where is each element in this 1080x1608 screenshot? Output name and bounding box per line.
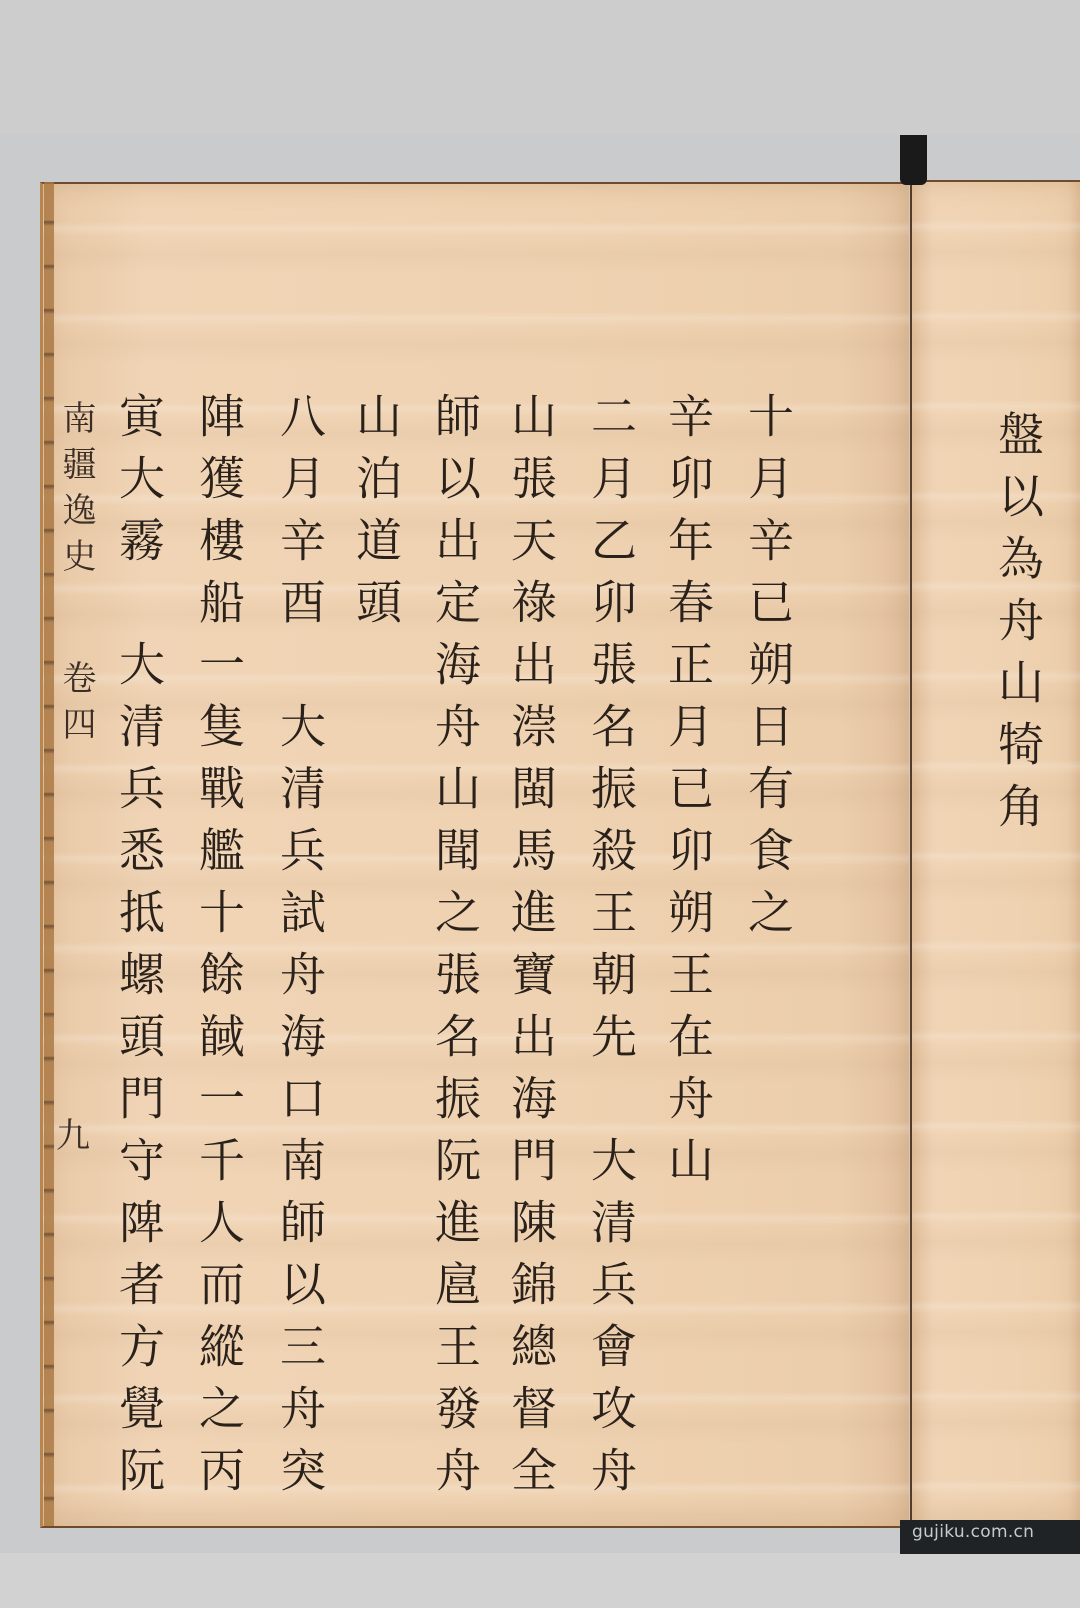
text-column-4: 山張天祿出漴閩馬進寶出海門陳錦總督全 <box>508 392 554 1508</box>
margin-volume-label: 卷四 <box>52 660 101 752</box>
watermark-text: gujiku.com.cn <box>912 1522 1034 1542</box>
text-column-8: 陣獲樓船一隻戰艦十餘馘一千人而縱之丙 <box>196 392 242 1508</box>
scan-bottom-margin <box>0 1553 1080 1608</box>
text-column-2: 辛卯年春正月已卯朔王在舟山 <box>665 392 711 1198</box>
text-column-5: 師以出定海舟山聞之張名振阮進扈王發舟 <box>432 392 478 1508</box>
text-column-1: 十月辛已朔日有食之 <box>745 392 791 950</box>
margin-book-title: 南疆逸史 <box>52 400 101 584</box>
text-column-6: 山泊道頭 <box>353 392 399 640</box>
binding-edge <box>44 182 54 1526</box>
folio-number: 九 <box>56 1108 90 1157</box>
spine-clip <box>900 135 927 185</box>
text-column-7: 八月辛酉 大清兵試舟海口南師以三舟突 <box>277 392 323 1508</box>
scan-top-margin <box>0 0 1080 135</box>
text-column-9: 寅大霧 大清兵悉抵螺頭門守陴者方覺阮 <box>116 392 162 1508</box>
right-text-column-1: 盤以為舟山犄角 <box>995 410 1041 844</box>
right-page <box>910 180 1080 1527</box>
text-column-3: 二月乙卯張名振殺王朝先 大清兵會攻舟 <box>588 392 634 1508</box>
